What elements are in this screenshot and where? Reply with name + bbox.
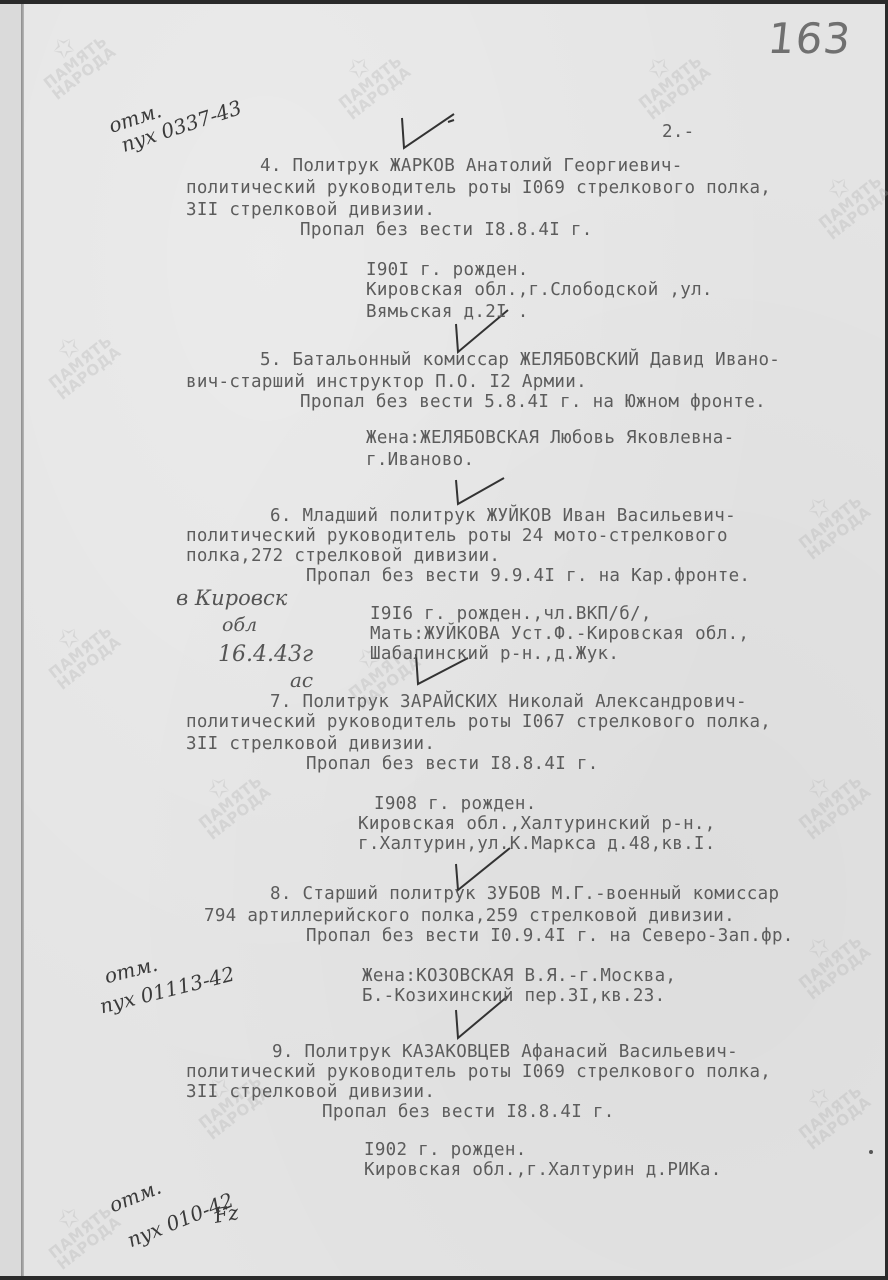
- entry-detail: Жена:ЖЕЛЯБОВСКАЯ Любовь Яковлевна-: [366, 428, 734, 448]
- speck: [869, 1150, 873, 1154]
- entry-detail: Мать:ЖУЙКОВА Уст.Ф.-Кировская обл.,: [370, 624, 749, 644]
- entry-status: Пропал без вести I8.8.4I г.: [322, 1102, 615, 1122]
- entry-line: политический руководитель роты 24 мото-с…: [186, 526, 728, 546]
- star-icon: ✩: [183, 756, 256, 820]
- watermark: ✩ПАМЯТЬНАРОДА: [783, 476, 874, 562]
- entry-line: полка,272 стрелковой дивизии.: [186, 546, 500, 566]
- entry-header: 6. Младший политрук ЖУЙКОВ Иван Васильев…: [270, 506, 736, 526]
- entry-header: 8. Старший политрук ЗУБОВ М.Г.-военный к…: [270, 884, 779, 904]
- entry-line: политический руководитель роты I069 стре…: [186, 1062, 771, 1082]
- entry-detail: Жена:КОЗОВСКАЯ В.Я.-г.Москва,: [362, 966, 676, 986]
- star-icon: ✩: [33, 606, 106, 670]
- star-icon: ✩: [803, 156, 876, 220]
- star-icon: ✩: [28, 16, 101, 80]
- star-icon: ✩: [783, 476, 856, 540]
- document-page: ✩ПАМЯТЬНАРОДА ✩ПАМЯТЬНАРОДА ✩ПАМЯТЬНАРОД…: [0, 4, 885, 1276]
- binding-line: [21, 4, 24, 1276]
- entry-detail: Кировская обл.,г.Слободской ,ул.: [366, 280, 713, 300]
- entry-header: 5. Батальонный комиссар ЖЕЛЯБОВСКИЙ Дави…: [260, 350, 780, 370]
- entry-status: Пропал без вести I8.8.4I г.: [306, 754, 599, 774]
- star-icon: ✩: [323, 36, 396, 100]
- watermark: ✩ПАМЯТЬНАРОДА: [33, 316, 124, 402]
- star-icon: ✩: [783, 756, 856, 820]
- entry-detail: Кировская обл.,Халтуринский р-н.,: [358, 814, 716, 834]
- entry-header: 4. Политрук ЖАРКОВ Анатолий Георгиевич-: [260, 156, 683, 176]
- entry-line: 794 артиллерийского полка,259 стрелковой…: [204, 906, 735, 926]
- entry-detail: I90I г. рожден.: [366, 260, 529, 280]
- entry-line: политический руководитель роты I069 стре…: [186, 178, 771, 198]
- watermark: ✩ПАМЯТЬНАРОДА: [783, 916, 874, 1002]
- entry-header: 7. Политрук ЗАРАЙСКИХ Николай Александро…: [270, 692, 747, 712]
- folio-number: 163: [765, 14, 853, 63]
- entry-detail: Кировская обл.,г.Халтурин д.РИКа.: [364, 1160, 722, 1180]
- star-icon: ✩: [783, 1066, 856, 1130]
- entry-line: политический руководитель роты I067 стре…: [186, 712, 771, 732]
- check-mark-icon: [398, 110, 458, 150]
- entry-line: 3II стрелковой дивизии.: [186, 1082, 435, 1102]
- watermark: ✩ПАМЯТЬНАРОДА: [783, 756, 874, 842]
- watermark: ✩ПАМЯТЬНАРОДА: [783, 1066, 874, 1152]
- watermark: ✩ПАМЯТЬНАРОДА: [28, 16, 119, 102]
- page-number: 2.-: [662, 122, 695, 142]
- entry-line: 3II стрелковой дивизии.: [186, 200, 435, 220]
- star-icon: ✩: [33, 1186, 106, 1250]
- star-icon: ✩: [783, 916, 856, 980]
- entry-detail: г.Халтурин,ул.К.Маркса д.48,кв.I.: [358, 834, 716, 854]
- entry-detail: I902 г. рожден.: [364, 1140, 527, 1160]
- star-icon: ✩: [33, 316, 106, 380]
- entry-detail: Б.-Козихинский пер.3I,кв.23.: [362, 986, 665, 1006]
- entry-detail: I908 г. рожден.: [374, 794, 537, 814]
- entry-status: Пропал без вести 9.9.4I г. на Кар.фронте…: [306, 566, 750, 586]
- check-mark-icon: [452, 1002, 512, 1042]
- watermark: ✩ПАМЯТЬНАРОДА: [33, 606, 124, 692]
- entry-status: Пропал без вести I8.8.4I г.: [300, 220, 593, 240]
- watermark: ✩ПАМЯТЬНАРОДА: [803, 156, 888, 242]
- entry-detail: Вямьская д.2I .: [366, 302, 529, 322]
- entry-detail: г.Иваново.: [366, 450, 474, 470]
- entry-line: 3II стрелковой дивизии.: [186, 734, 435, 754]
- watermark: ✩ПАМЯТЬНАРОДА: [623, 36, 714, 122]
- star-icon: ✩: [623, 36, 696, 100]
- entry-detail: Шабалинский р-н.,д.Жук.: [370, 644, 619, 664]
- entry-detail: I9I6 г. рожден.,чл.ВКП/б/,: [370, 604, 652, 624]
- watermark: ✩ПАМЯТЬНАРОДА: [183, 756, 274, 842]
- entry-line: вич-старший инструктор П.О. I2 Армии.: [186, 372, 587, 392]
- entry-header: 9. Политрук КАЗАКОВЦЕВ Афанасий Васильев…: [272, 1042, 738, 1062]
- entry-status: Пропал без вести I0.9.4I г. на Северо-За…: [306, 926, 794, 946]
- binding-edge: [0, 4, 21, 1276]
- entry-status: Пропал без вести 5.8.4I г. на Южном фрон…: [300, 392, 766, 412]
